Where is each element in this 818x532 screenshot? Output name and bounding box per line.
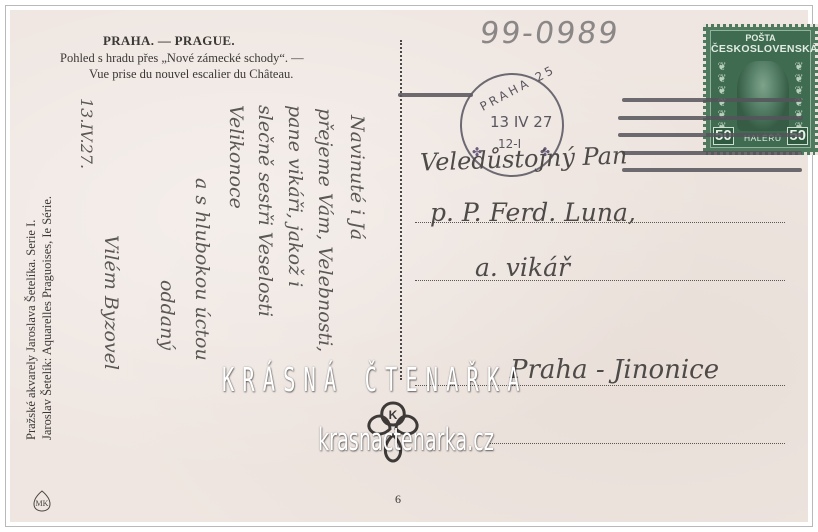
message-line-1: Navinuté i Já bbox=[346, 115, 368, 240]
laurel-right-icon: ❦❦❦❦❦❦ bbox=[792, 61, 806, 133]
address-line bbox=[415, 280, 785, 281]
message-line-5: Velikonoce bbox=[225, 105, 247, 209]
message-line-2: přejeme Vám, Velebnosti, bbox=[314, 108, 336, 352]
portrait-icon bbox=[737, 61, 789, 131]
page-number: 6 bbox=[395, 492, 401, 507]
publisher-logo-icon: MK bbox=[32, 490, 52, 512]
address-line-2: p. P. Ferd. Luna, bbox=[430, 198, 636, 227]
message-line-4: slečně sestři Veselosti bbox=[254, 105, 276, 317]
watermark-url: krasnactenarka.cz bbox=[318, 422, 494, 458]
postcard-title: PRAHA. — PRAGUE. bbox=[103, 33, 235, 49]
stamp-header-2: ČESKOSLOVENSKÁ bbox=[711, 44, 810, 55]
center-divider bbox=[400, 40, 402, 380]
message-signature: Vilém Byzovel bbox=[100, 235, 122, 370]
publisher-line-2: Jaroslav Šetelík: Aquarelles Praguoises,… bbox=[40, 196, 55, 440]
laurel-left-icon: ❦❦❦❦❦❦ bbox=[715, 61, 729, 133]
message-line-3: pane vikáři, jakož i bbox=[284, 105, 306, 287]
publisher-line-1: Pražské akvarely Jaroslava Šetelíka. Ser… bbox=[24, 220, 39, 440]
postmark-city: PRAHA 25 bbox=[478, 62, 558, 114]
postcard: PRAHA. — PRAGUE. Pohled s hradu přes „No… bbox=[10, 10, 808, 522]
address-line-3: a. vikář bbox=[475, 253, 570, 282]
postcard-subtitle-cz: Pohled s hradu přes „Nové zámecké schody… bbox=[60, 51, 304, 66]
svg-text:K: K bbox=[389, 408, 398, 422]
address-line-1: Veledůstojný Pan bbox=[420, 141, 628, 176]
postcard-subtitle-fr: Vue prise du nouvel escalier du Château. bbox=[89, 67, 293, 82]
postmark-date: 13 IV 27 bbox=[490, 113, 552, 131]
message-line-7: oddaný bbox=[156, 280, 178, 350]
archive-number: 99-0989 bbox=[478, 16, 622, 51]
watermark-title: KRÁSNÁ ČTENAŘKA bbox=[222, 360, 528, 399]
address-line-4: Praha - Jinonice bbox=[510, 355, 719, 385]
address-line bbox=[488, 443, 785, 444]
message-date: 13.IV.27. bbox=[77, 98, 96, 169]
svg-text:MK: MK bbox=[36, 499, 49, 508]
message-line-6: a s hlubokou úctou bbox=[191, 178, 213, 361]
